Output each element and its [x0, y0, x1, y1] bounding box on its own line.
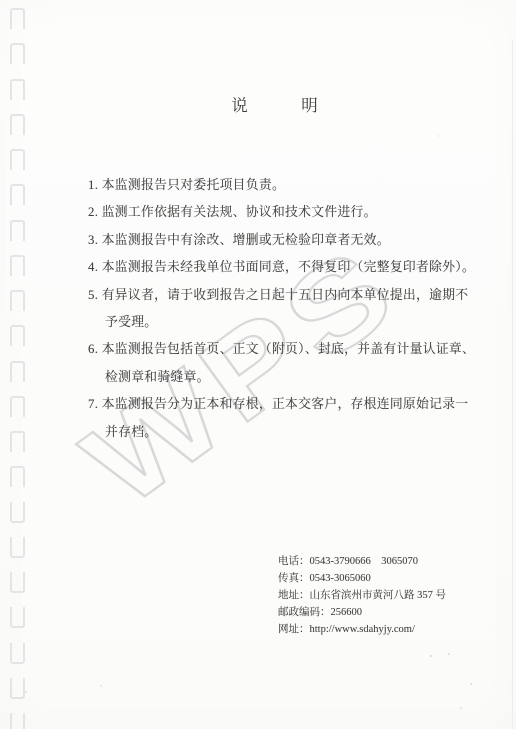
binding-hole: [10, 607, 25, 628]
contact-phone-value: 0543-3790666 3065070: [310, 556, 419, 567]
contact-fax: 传真：0543-3065060: [278, 570, 446, 587]
contact-address-label: 地址：: [278, 590, 310, 601]
note-line-7: 7. 本监测报告分为正本和存根，正本交客户，存根连同原始记录一: [88, 391, 516, 418]
note-line-6-cont: 检测章和骑缝章。: [88, 364, 516, 391]
binding-hole: [10, 149, 25, 170]
binding-hole: [10, 431, 25, 452]
note-line-4: 4. 本监测报告未经我单位书面同意，不得复印（完整复印者除外）。: [88, 254, 516, 281]
binding-hole: [10, 184, 25, 205]
note-line-7-cont: 并存档。: [88, 419, 516, 446]
binding-hole: [10, 713, 25, 729]
contact-postcode-label: 邮政编码：: [278, 607, 331, 618]
contact-fax-label: 传真：: [278, 573, 310, 584]
note-line-1: 1. 本监测报告只对委托项目负责。: [88, 172, 516, 199]
note-line-2: 2. 监测工作依据有关法规、协议和技术文件进行。: [88, 199, 516, 226]
note-line-5-cont: 予受理。: [88, 309, 516, 336]
scan-noise: [430, 655, 432, 657]
binding-hole: [10, 396, 25, 417]
binding-hole: [10, 678, 25, 699]
scan-edge-line: [512, 40, 513, 729]
binding-hole: [10, 466, 25, 487]
contact-phone: 电话：0543-3790666 3065070: [278, 553, 446, 570]
binding-hole: [10, 43, 25, 64]
binding-hole: [10, 220, 25, 241]
binding-hole: [10, 537, 25, 558]
binding-hole: [10, 8, 25, 29]
binding-hole: [10, 643, 25, 664]
binding-hole: [10, 572, 25, 593]
note-line-3: 3. 本监测报告中有涂改、增删或无检验印章者无效。: [88, 227, 516, 254]
binding-strip: [0, 0, 34, 729]
contact-phone-label: 电话：: [278, 556, 310, 567]
binding-hole: [10, 290, 25, 311]
page-title: 说 明: [40, 92, 510, 116]
binding-hole: [10, 325, 25, 346]
binding-hole: [10, 255, 25, 276]
note-line-5: 5. 有异议者，请于收到报告之日起十五日内向本单位提出，逾期不: [88, 282, 516, 309]
note-line-6: 6. 本监测报告包括首页、正文（附页）、封底，并盖有计量认证章、: [88, 336, 516, 363]
contact-postcode-value: 256600: [331, 607, 363, 618]
contact-website: 网址：http://www.sdahyjy.com/: [278, 621, 446, 638]
binding-hole: [10, 502, 25, 523]
contact-address: 地址：山东省滨州市黄河八路 357 号: [278, 587, 446, 604]
contact-block: 电话：0543-3790666 3065070 传真：0543-3065060 …: [278, 553, 446, 638]
contact-website-label: 网址：: [278, 624, 310, 635]
contact-address-value: 山东省滨州市黄河八路 357 号: [310, 590, 447, 601]
binding-hole: [10, 114, 25, 135]
binding-hole: [10, 79, 25, 100]
contact-postcode: 邮政编码：256600: [278, 604, 446, 621]
contact-fax-value: 0543-3065060: [310, 573, 371, 584]
scanned-report-notes-page: WPS 说 明 1. 本监测报告只对委托项目负责。 2. 监测工作依据有关法规、…: [0, 0, 516, 729]
binding-hole: [10, 361, 25, 382]
notes-list: 1. 本监测报告只对委托项目负责。 2. 监测工作依据有关法规、协议和技术文件进…: [88, 172, 516, 446]
contact-website-value: http://www.sdahyjy.com/: [310, 624, 415, 635]
